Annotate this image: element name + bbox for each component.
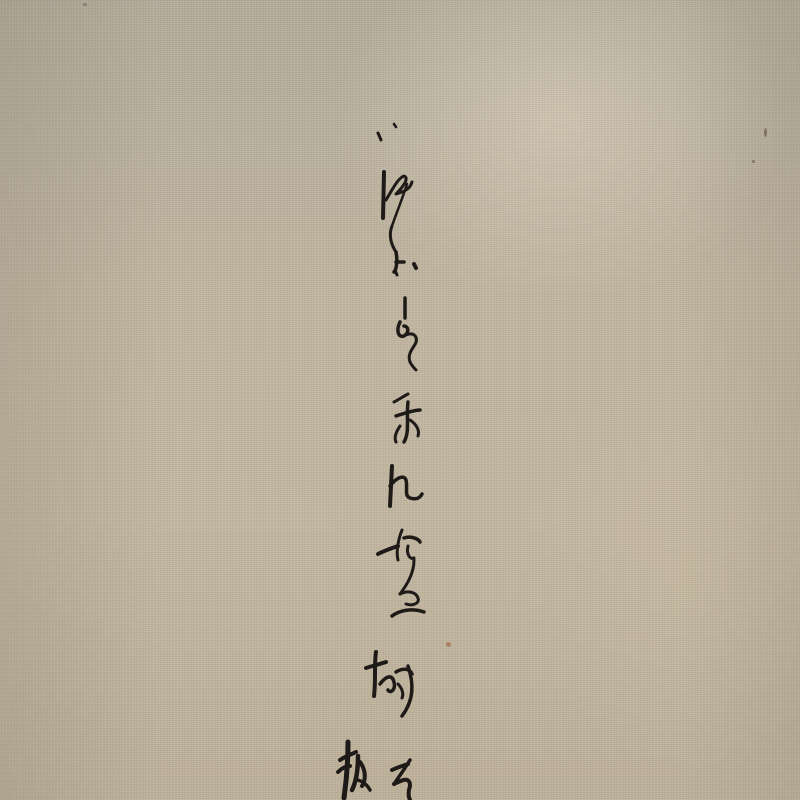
scroll-photo: Japanese hanging scroll (kakejiku) with …	[0, 0, 800, 800]
glyph-5	[394, 394, 420, 442]
glyph-8	[392, 560, 424, 616]
glyph-9	[366, 652, 412, 716]
calligraphy-column	[0, 0, 800, 800]
glyph-11	[392, 760, 410, 800]
glyph-3	[390, 226, 416, 275]
glyph-7	[378, 530, 420, 560]
glyph-10	[338, 742, 370, 798]
glyph-4	[398, 298, 416, 370]
glyph-6	[390, 466, 422, 506]
glyph-2	[383, 172, 412, 226]
glyph-1	[378, 124, 396, 140]
